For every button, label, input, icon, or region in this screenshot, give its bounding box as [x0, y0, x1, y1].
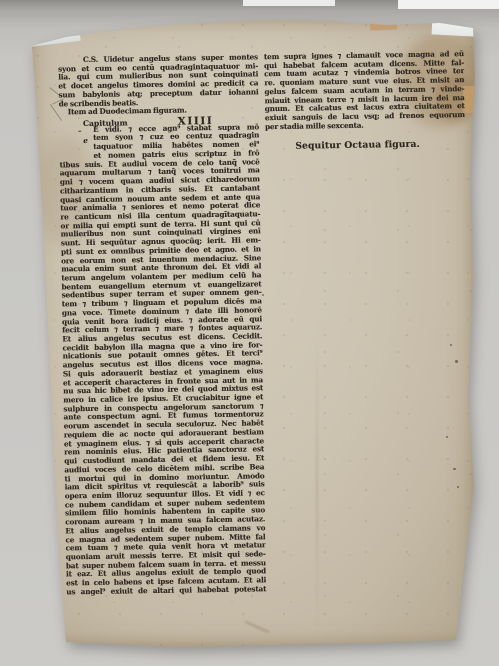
page-content: C.S. Uidetur angelus stans super montess…	[25, 10, 487, 651]
right-text-column: tem supra ignes ⁊ clamauit voce magna ad…	[264, 50, 466, 153]
tape-fragment-left-edge	[19, 306, 34, 342]
chapter-opening: – e E vidi. ⁊ ecce agn⁹ stabat supra mōt…	[59, 123, 260, 161]
text-line: per stadia mille sexcenta.	[265, 120, 465, 132]
paragraph-dash: –	[78, 126, 82, 135]
backdrop-edge-highlight-right	[398, 0, 499, 9]
left-text-column: C.S. Uidetur angelus stans super montess…	[58, 53, 266, 597]
manuscript-page: C.S. Uidetur angelus stans super montess…	[26, 16, 478, 650]
page-wrap: C.S. Uidetur angelus stans super montess…	[26, 16, 478, 650]
body-text: tibus suis. Et audiui vocem de celo tanq…	[59, 158, 266, 597]
rubricator-guide-letter: e	[83, 136, 88, 145]
stain-left-edge	[22, 564, 38, 590]
sequitur-caption: Sequitur Octaua figura.	[295, 139, 465, 153]
opening-lines: E vidi. ⁊ ecce agn⁹ stabat supra mōtem s…	[93, 123, 260, 160]
chapter-summary: C.S. Uidetur angelus stans super montess…	[58, 53, 259, 100]
backdrop-edge-highlight-left	[243, 0, 335, 6]
photo-frame: C.S. Uidetur angelus stans super montess…	[0, 0, 499, 666]
text-line: us angel⁹ exiuit de altari qui habebat p…	[66, 585, 266, 597]
body-text: tem supra ignes ⁊ clamauit voce magna ad…	[264, 50, 465, 123]
